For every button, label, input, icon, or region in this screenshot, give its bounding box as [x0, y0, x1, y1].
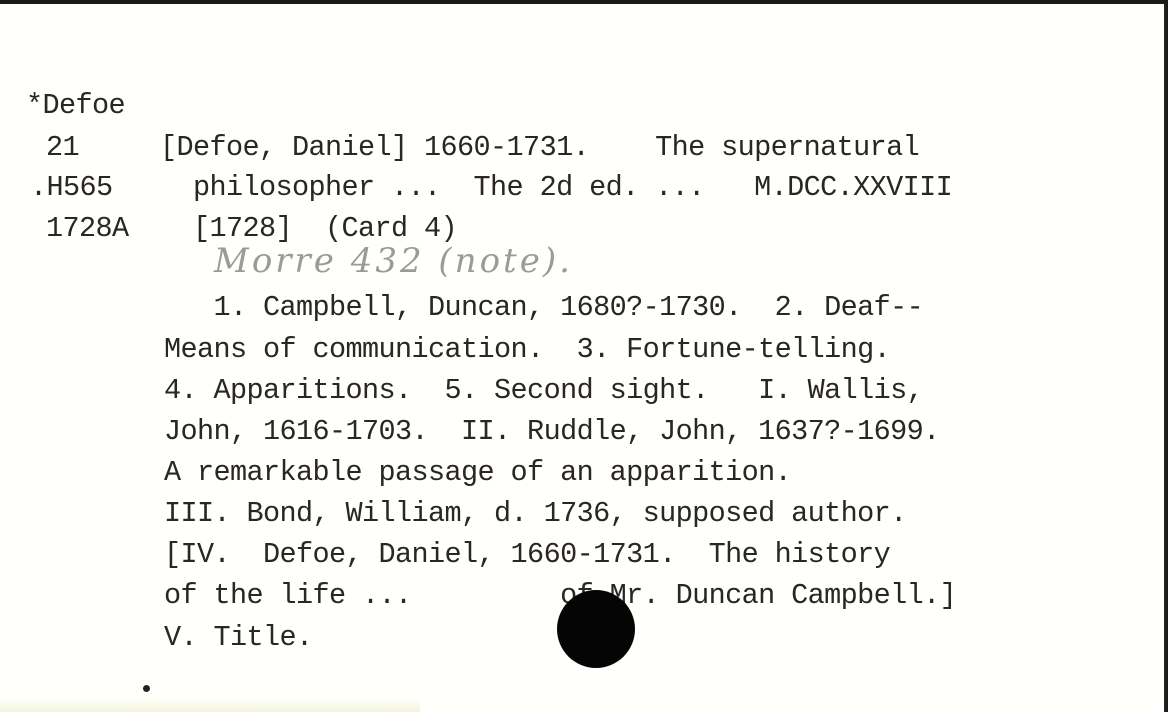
call-number-line-3: .H565: [30, 174, 113, 203]
call-number-line-2: 21: [46, 134, 79, 163]
tracing-line-6: III. Bond, William, d. 1736, supposed au…: [164, 500, 907, 529]
tracing-line-5: A remarkable passage of an apparition.: [164, 459, 791, 488]
punch-hole: [557, 590, 635, 668]
tracing-line-3: 4. Apparitions. 5. Second sight. I. Wall…: [164, 377, 923, 406]
tracing-line-7: [IV. Defoe, Daniel, 1660-1731. The histo…: [164, 541, 890, 570]
main-entry-line-3: [1728] (Card 4): [160, 215, 457, 244]
tracing-line-4: John, 1616-1703. II. Ruddle, John, 1637?…: [164, 418, 940, 447]
call-number-line-4: 1728A: [46, 215, 129, 244]
tracing-line-9: V. Title.: [164, 624, 313, 653]
card-edge-tint: [0, 698, 420, 712]
main-entry-line-1: [Defoe, Daniel] 1660-1731. The supernatu…: [160, 134, 919, 163]
call-number-line-1: *Defoe: [26, 92, 125, 121]
handwritten-note: Morre 432 (note).: [214, 244, 573, 278]
tracing-line-8: of the life ... of Mr. Duncan Campbell.]: [164, 582, 956, 611]
tracing-line-1: 1. Campbell, Duncan, 1680?-1730. 2. Deaf…: [164, 294, 923, 323]
ink-dot: [143, 685, 150, 692]
tracing-line-2: Means of communication. 3. Fortune-telli…: [164, 336, 890, 365]
catalog-card: *Defoe 21 .H565 1728A [Defoe, Daniel] 16…: [0, 4, 1166, 712]
main-entry-line-2: philosopher ... The 2d ed. ... M.DCC.XXV…: [160, 174, 952, 203]
